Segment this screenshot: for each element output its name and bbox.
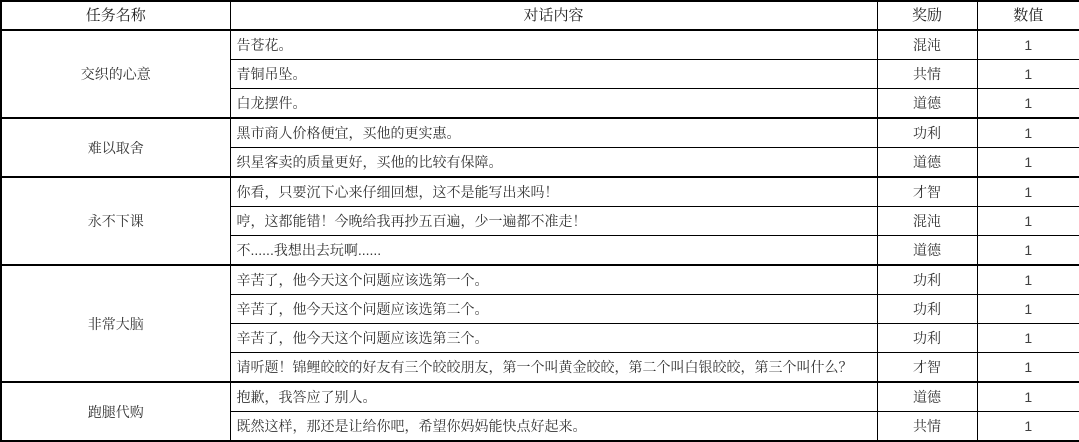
value-cell: 1 (977, 60, 1079, 89)
task-name-cell: 难以取舍 (1, 118, 230, 177)
quest-dialogue-table: 任务名称 对话内容 奖励 数值 交织的心意 告苍花。 混沌 1 青铜吊坠。 共情… (0, 0, 1079, 442)
dialogue-cell: 请听题！锦鲤皎皎的好友有三个皎皎朋友，第一个叫黄金皎皎，第二个叫白银皎皎，第三个… (230, 353, 877, 383)
table-row: 跑腿代购 抱歉，我答应了别人。 道德 1 (1, 382, 1079, 412)
reward-cell: 才智 (877, 353, 977, 383)
table-row: 永不下课 你看，只要沉下心来仔细回想，这不是能写出来吗！ 才智 1 (1, 177, 1079, 207)
header-cell-dialogue: 对话内容 (230, 1, 877, 30)
value-cell: 1 (977, 177, 1079, 207)
dialogue-cell: 抱歉，我答应了别人。 (230, 382, 877, 412)
table-row: 难以取舍 黑市商人价格便宜，买他的更实惠。 功利 1 (1, 118, 1079, 148)
task-name-cell: 永不下课 (1, 177, 230, 265)
dialogue-cell: 辛苦了，他今天这个问题应该选第二个。 (230, 295, 877, 324)
header-cell-reward: 奖励 (877, 1, 977, 30)
value-cell: 1 (977, 412, 1079, 442)
dialogue-cell: 黑市商人价格便宜，买他的更实惠。 (230, 118, 877, 148)
reward-cell: 共情 (877, 60, 977, 89)
task-name-cell: 跑腿代购 (1, 382, 230, 441)
task-name-cell: 非常大脑 (1, 265, 230, 382)
reward-cell: 功利 (877, 324, 977, 353)
reward-cell: 功利 (877, 265, 977, 295)
reward-cell: 道德 (877, 382, 977, 412)
table-row: 非常大脑 辛苦了，他今天这个问题应该选第一个。 功利 1 (1, 265, 1079, 295)
task-name-cell: 交织的心意 (1, 30, 230, 118)
header-row: 任务名称 对话内容 奖励 数值 (1, 1, 1079, 30)
dialogue-cell: 织星客卖的质量更好，买他的比较有保障。 (230, 148, 877, 178)
reward-cell: 功利 (877, 295, 977, 324)
reward-cell: 道德 (877, 148, 977, 178)
dialogue-cell: 辛苦了，他今天这个问题应该选第一个。 (230, 265, 877, 295)
dialogue-cell: 你看，只要沉下心来仔细回想，这不是能写出来吗！ (230, 177, 877, 207)
value-cell: 1 (977, 324, 1079, 353)
reward-cell: 才智 (877, 177, 977, 207)
dialogue-cell: 辛苦了，他今天这个问题应该选第三个。 (230, 324, 877, 353)
dialogue-cell: 青铜吊坠。 (230, 60, 877, 89)
value-cell: 1 (977, 295, 1079, 324)
header-cell-task: 任务名称 (1, 1, 230, 30)
dialogue-cell: 既然这样，那还是让给你吧，希望你妈妈能快点好起来。 (230, 412, 877, 442)
value-cell: 1 (977, 265, 1079, 295)
reward-cell: 共情 (877, 412, 977, 442)
reward-cell: 道德 (877, 236, 977, 266)
reward-cell: 功利 (877, 118, 977, 148)
value-cell: 1 (977, 118, 1079, 148)
value-cell: 1 (977, 207, 1079, 236)
value-cell: 1 (977, 30, 1079, 60)
value-cell: 1 (977, 89, 1079, 119)
dialogue-cell: 不......我想出去玩啊...... (230, 236, 877, 266)
value-cell: 1 (977, 236, 1079, 266)
reward-cell: 道德 (877, 89, 977, 119)
reward-cell: 混沌 (877, 207, 977, 236)
header-cell-value: 数值 (977, 1, 1079, 30)
value-cell: 1 (977, 382, 1079, 412)
dialogue-cell: 白龙摆件。 (230, 89, 877, 119)
dialogue-cell: 告苍花。 (230, 30, 877, 60)
reward-cell: 混沌 (877, 30, 977, 60)
dialogue-cell: 哼，这都能错！今晚给我再抄五百遍，少一遍都不准走！ (230, 207, 877, 236)
value-cell: 1 (977, 148, 1079, 178)
value-cell: 1 (977, 353, 1079, 383)
table-row: 交织的心意 告苍花。 混沌 1 (1, 30, 1079, 60)
